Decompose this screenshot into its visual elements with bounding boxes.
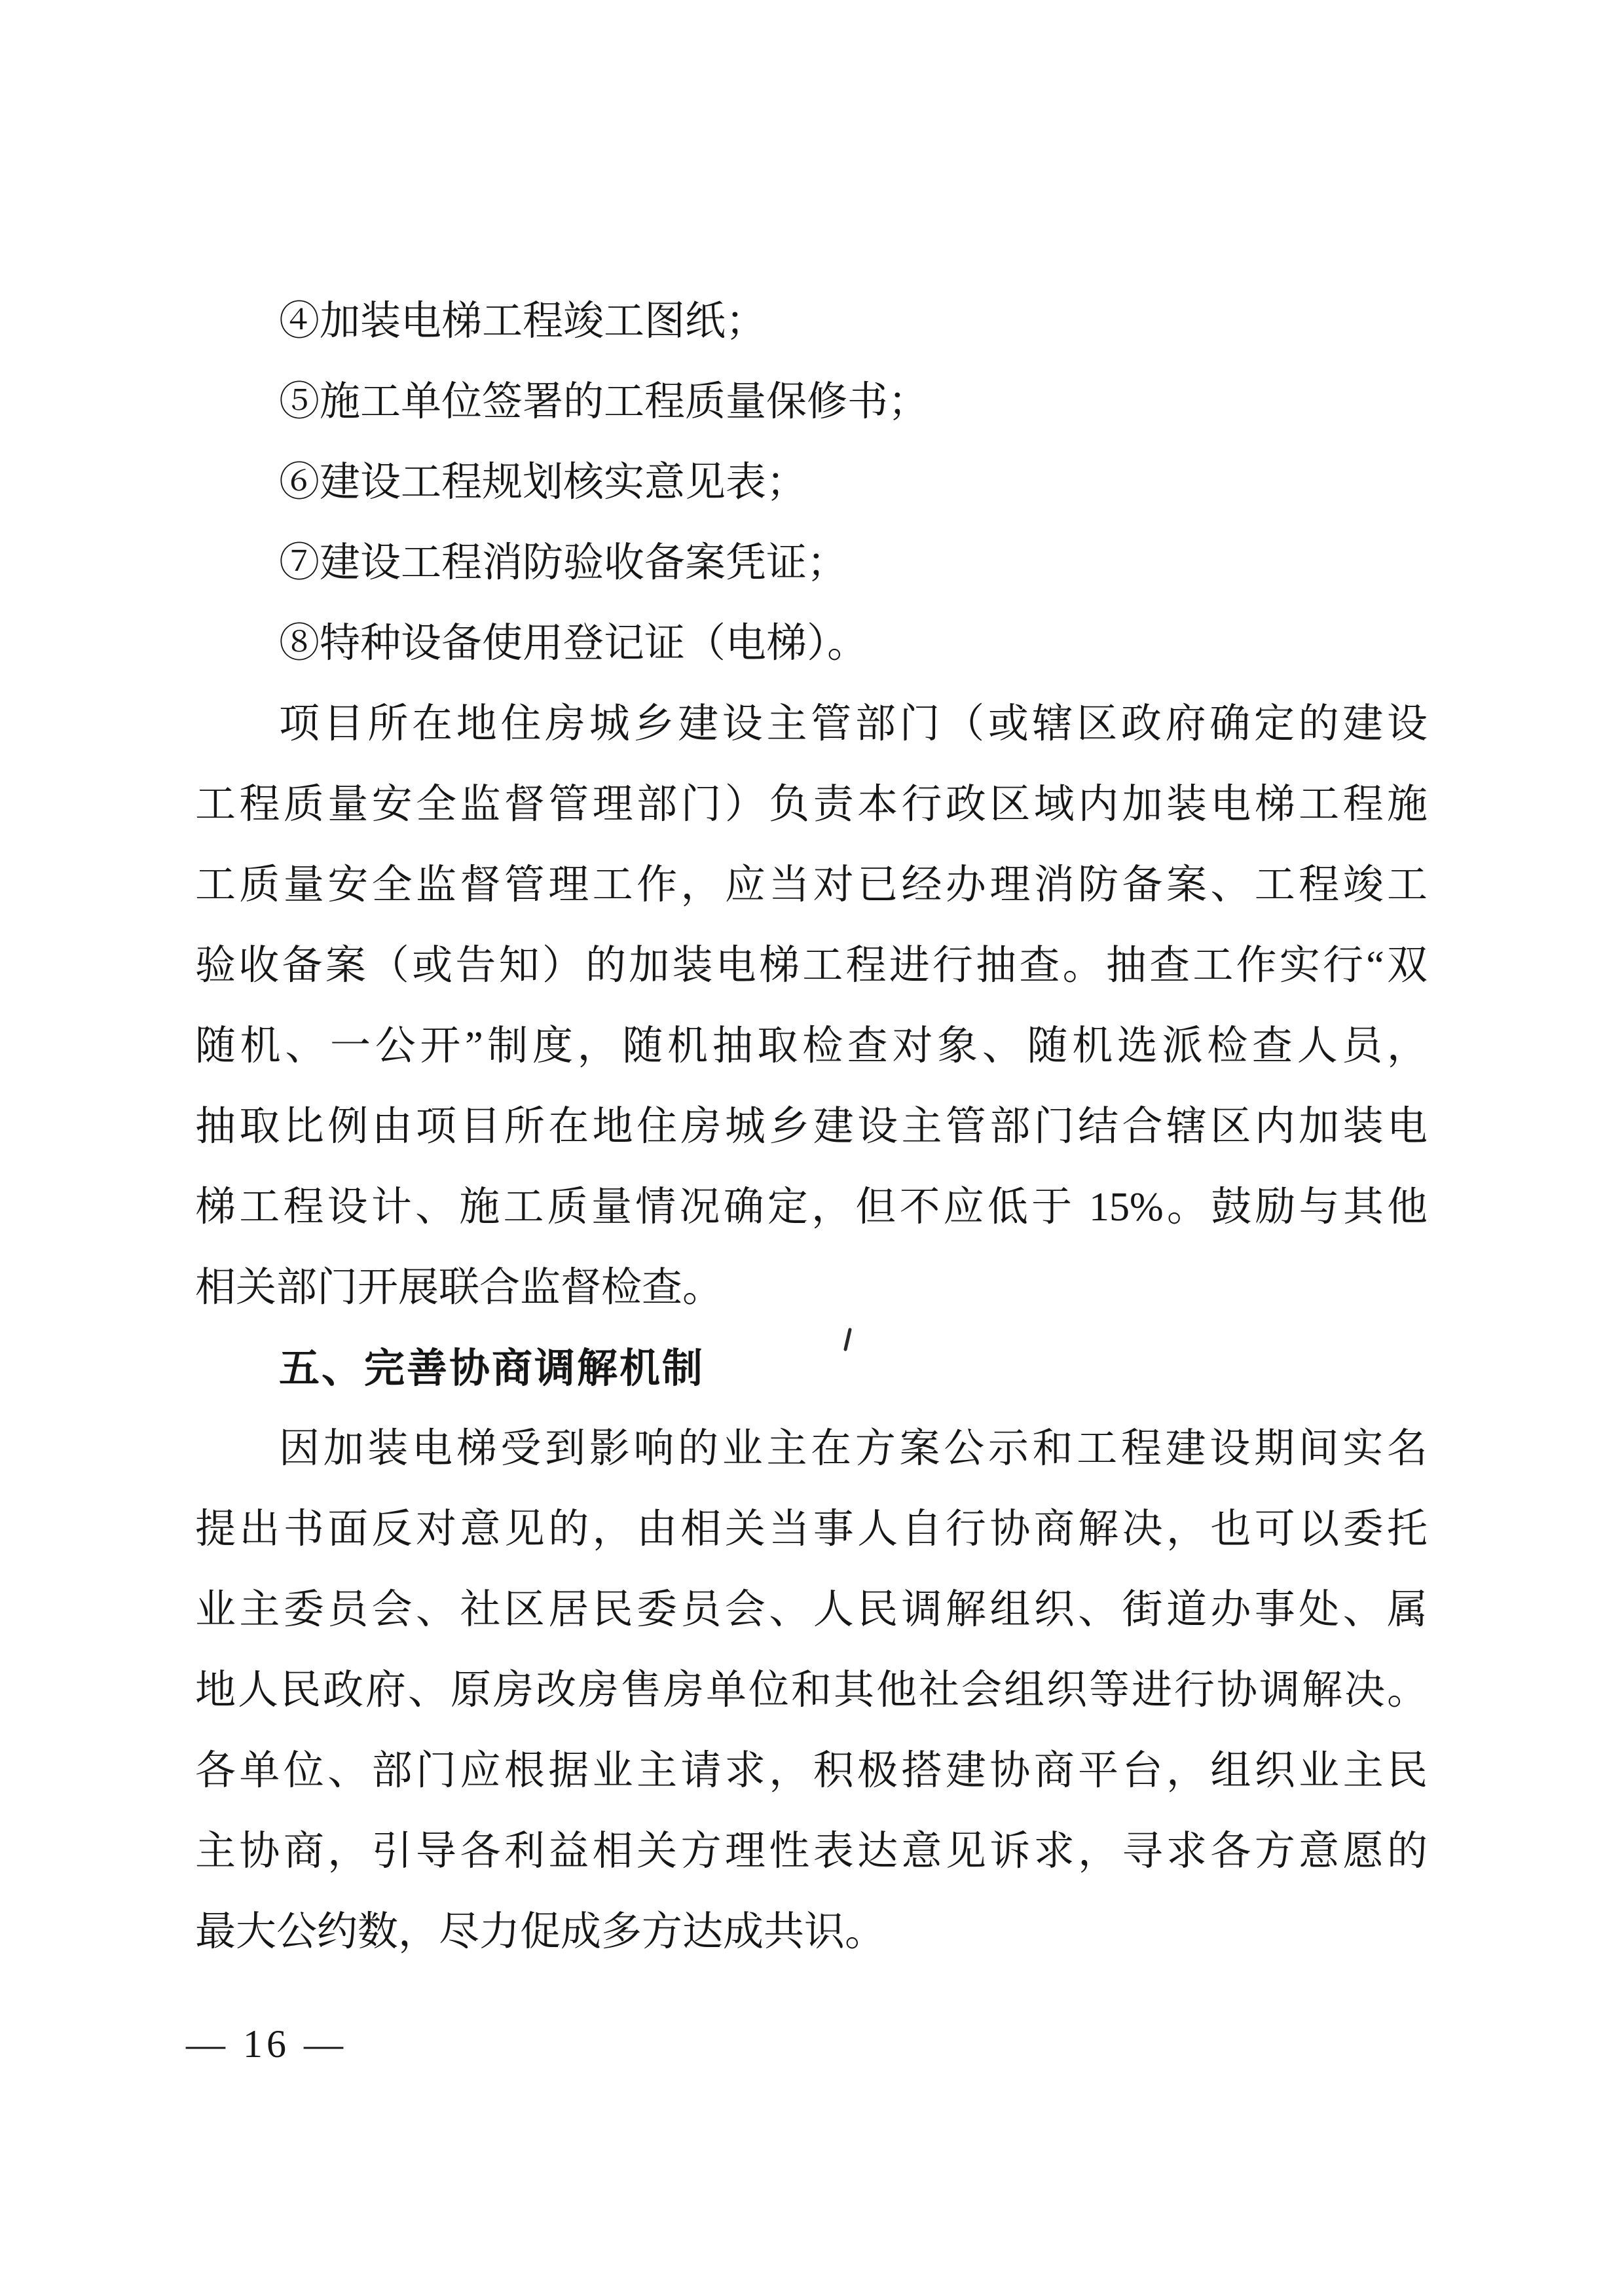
text-line: 项目所在地住房城乡建设主管部门（或辖区政府确定的建设 [195,684,1428,765]
page-footer: — 16 — [186,2022,347,2066]
text-line: 验收备案（或告知）的加装电梯工程进行抽查。抽查工作实行“双 [195,926,1428,1006]
document-body: ④加装电梯工程竣工图纸；⑤施工单位签署的工程质量保修书；⑥建设工程规划核实意见表… [195,282,1428,1973]
section-heading: 五、完善协商调解机制 [195,1328,1428,1409]
text-line: 提出书面反对意见的，由相关当事人自行协商解决，也可以委托 [195,1489,1428,1570]
text-line: ⑤施工单位签署的工程质量保修书； [195,362,1428,443]
text-line: ⑥建设工程规划核实意见表； [195,443,1428,523]
text-line: 工程质量安全监督管理部门）负责本行政区域内加装电梯工程施 [195,765,1428,845]
text-line: 梯工程设计、施工质量情况确定，但不应低于 15%。鼓励与其他 [195,1167,1428,1248]
text-line: 主协商，引导各利益相关方理性表达意见诉求，寻求各方意愿的 [195,1812,1428,1892]
text-line: 业主委员会、社区居民委员会、人民调解组织、街道办事处、属 [195,1570,1428,1650]
text-line: 相关部门开展联合监督检查。 [195,1248,1428,1328]
text-line: 抽取比例由项目所在地住房城乡建设主管部门结合辖区内加装电 [195,1087,1428,1167]
text-line: 随机、一公开”制度，随机抽取检查对象、随机选派检查人员， [195,1006,1428,1087]
text-line: ⑦建设工程消防验收备案凭证； [195,523,1428,604]
text-line: 地人民政府、原房改房售房单位和其他社会组织等进行协调解决。 [195,1650,1428,1731]
document-page: ④加装电梯工程竣工图纸；⑤施工单位签署的工程质量保修书；⑥建设工程规划核实意见表… [0,0,1624,2296]
text-line: 因加装电梯受到影响的业主在方案公示和工程建设期间实名 [195,1409,1428,1489]
text-line: 最大公约数，尽力促成多方达成共识。 [195,1892,1428,1973]
text-line: 各单位、部门应根据业主请求，积极搭建协商平台，组织业主民 [195,1731,1428,1812]
text-line: 工质量安全监督管理工作，应当对已经办理消防备案、工程竣工 [195,845,1428,926]
text-line: ④加装电梯工程竣工图纸； [195,282,1428,362]
text-line: ⑧特种设备使用登记证（电梯）。 [195,604,1428,684]
page-number: — 16 — [186,2022,347,2066]
